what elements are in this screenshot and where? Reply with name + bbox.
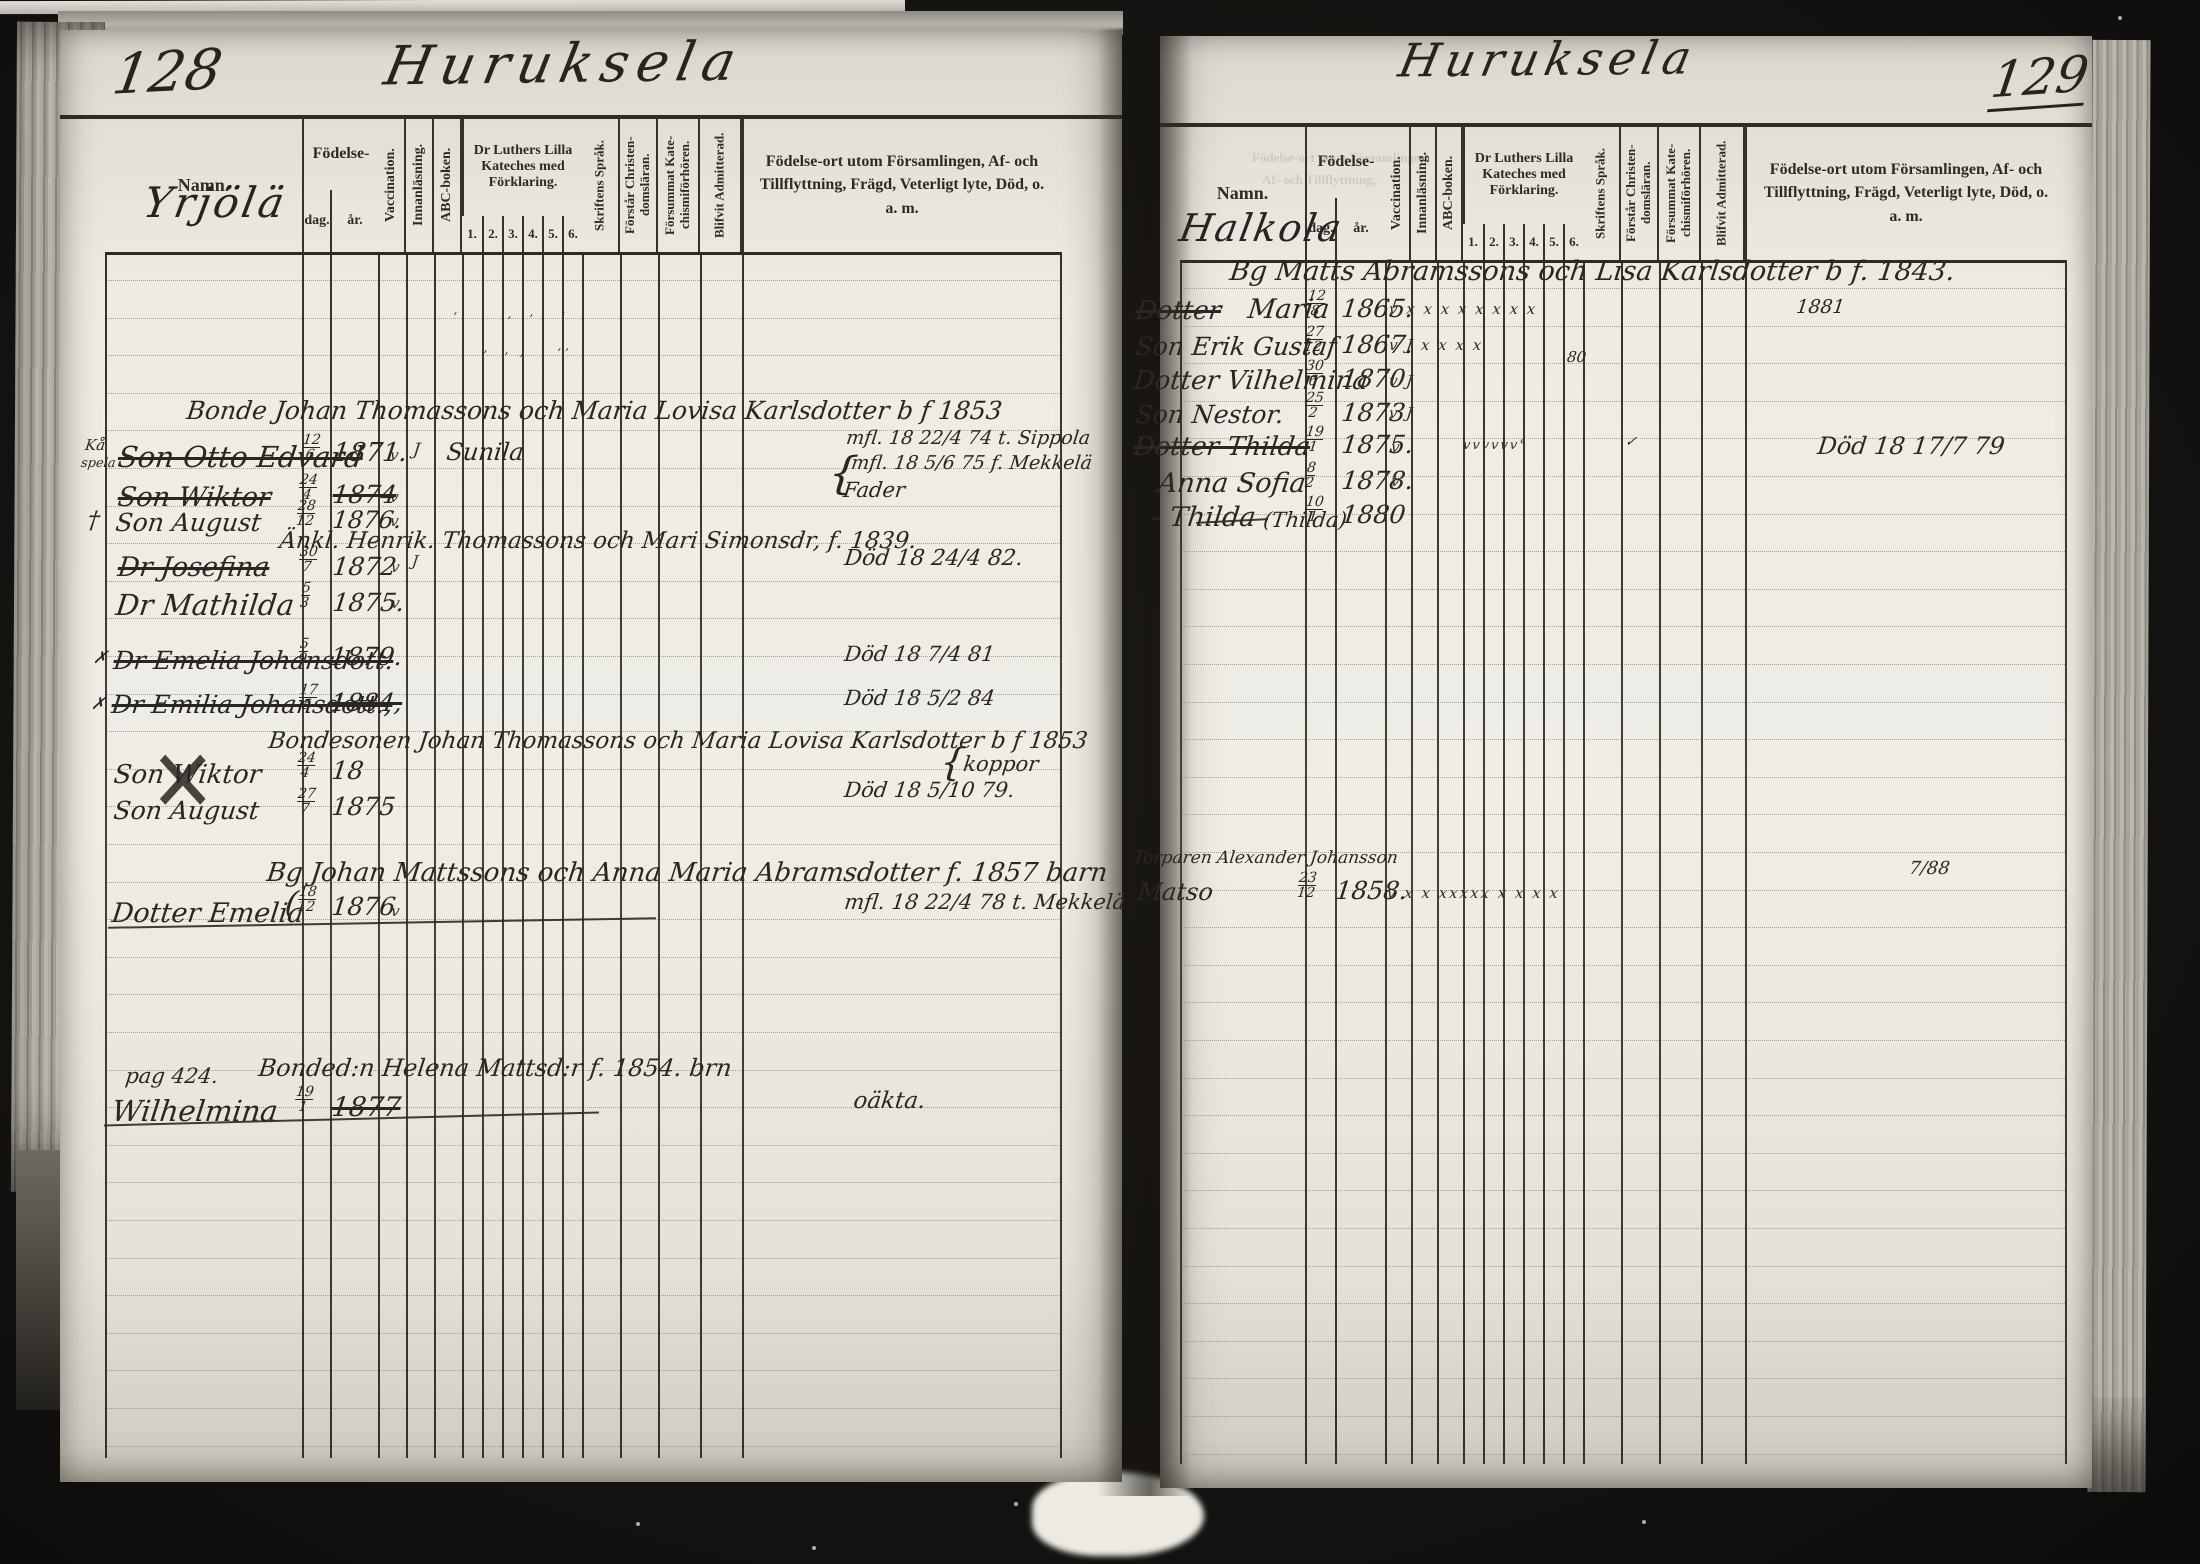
- handwritten-entry: Död 18 17/7 79: [1816, 432, 2006, 460]
- page-number-left: 128: [108, 37, 226, 108]
- header-skriftens-sprak: Skriftens Språk.: [582, 118, 620, 252]
- birth-date: 252: [1303, 392, 1324, 421]
- column-line: [522, 252, 524, 1458]
- header-luthers-kateches: Dr Luthers Lilla Kateches med Förklaring…: [462, 118, 582, 216]
- handwritten-entry: Son Otto Edvard: [116, 440, 365, 474]
- column-line: [2065, 260, 2067, 1464]
- column-line: [562, 252, 564, 1458]
- birth-date: 101: [1303, 496, 1324, 525]
- handwritten-entry: Dotter: [1134, 296, 1223, 326]
- birth-date: 2812: [295, 500, 316, 529]
- column-line: [406, 252, 408, 1458]
- column-line: [1563, 260, 1565, 1464]
- handwritten-entry: ✗: [92, 648, 109, 668]
- handwritten-entry: 1878.: [1340, 466, 1415, 495]
- column-line: [620, 252, 622, 1458]
- handwritten-entry: 1875.: [1340, 430, 1415, 459]
- handwritten-entry: 1880: [1340, 500, 1407, 529]
- header-kateches-col-6: 6.: [1563, 224, 1583, 260]
- ink-mark: ’ ’: [556, 346, 569, 360]
- header-kateches-col-1: 1.: [1463, 224, 1483, 260]
- header-kateches-col-2: 2.: [1483, 224, 1503, 260]
- ink-mark: v x x x x x x x x: [1388, 300, 1539, 318]
- handwritten-entry: - Thilda: [1150, 502, 1258, 533]
- birth-date: 126: [300, 434, 321, 463]
- handwritten-entry: 80: [1566, 348, 1587, 366]
- handwritten-entry: 1875: [330, 792, 397, 821]
- column-line: [1621, 260, 1623, 1464]
- header-innanlasning: Innanläsning.: [406, 118, 434, 252]
- handwritten-entry: Fader: [842, 478, 907, 502]
- header-kateches-col-4: 4.: [522, 216, 542, 252]
- page-title-right: Huruksela: [1394, 30, 1702, 87]
- ink-mark: v J: [1388, 372, 1415, 390]
- handwritten-entry: Kå: [84, 436, 106, 454]
- handwritten-entry: koppor: [962, 752, 1040, 776]
- header-skriftens-sprak: Skriftens Språk.: [1583, 126, 1621, 260]
- handwritten-entry: Matso: [1136, 878, 1215, 906]
- handwritten-entry: 1881: [1795, 296, 1846, 318]
- handwritten-entry: mfl. 18 22/4 74 t. Sippola: [845, 427, 1092, 449]
- header-abc-boken: ABC-boken.: [434, 118, 462, 252]
- handwritten-entry: Bg Matts Abramssons och Lisa Karlsdotter…: [1228, 256, 1957, 287]
- header-kateches-col-4: 4.: [1523, 224, 1543, 260]
- handwritten-entry: Son Nestor.: [1134, 400, 1286, 429]
- handwritten-entry: Sunila: [445, 438, 525, 466]
- column-line: [330, 252, 332, 1458]
- header-notes: Födelse-ort utom Församlingen, Af- och T…: [1745, 126, 2065, 260]
- handwritten-entry: Anna Sofia: [1156, 468, 1308, 499]
- column-line: [482, 252, 484, 1458]
- handwritten-entry: Död 18 7/4 81: [843, 642, 996, 666]
- column-line: [542, 252, 544, 1458]
- column-line: [462, 252, 464, 1458]
- header-kateches-col-3: 3.: [502, 216, 522, 252]
- header-kateches-col-6: 6.: [562, 216, 582, 252]
- handwritten-entry: Bonde Johan Thomassons och Maria Lovisa …: [185, 396, 1004, 425]
- header-forstar-christendomslaran: Förstår Christen­domsläran.: [1621, 126, 1659, 260]
- birth-date: 191: [1303, 426, 1324, 455]
- header-kateches-col-5: 5.: [542, 216, 562, 252]
- handwritten-entry: 1884,: [329, 688, 404, 717]
- header-blifvit-admitterad: Blifvit Admit­terad.: [1701, 126, 1745, 260]
- column-line: [434, 252, 436, 1458]
- header-bottom-rule: [105, 252, 1060, 255]
- handwritten-entry: Dr Mathilda: [114, 588, 296, 622]
- handwritten-entry: mfl. 18 5/6 75 f. Mekkelä: [850, 452, 1093, 474]
- header-fodelse-dag: dag.: [302, 190, 330, 252]
- handwritten-entry: mfl. 18 22/4 78 t. Mekkelä: [843, 890, 1127, 914]
- column-line: [105, 252, 107, 1458]
- header-forsummat-katechismiforhoren: Försummat Kate­chismiförhören.: [1659, 126, 1701, 260]
- ghost-text: Födelse-ort utom Församlingen,: [1252, 150, 1430, 166]
- column-line: [1659, 260, 1661, 1464]
- handwritten-entry: 1876: [330, 892, 397, 921]
- column-line: [1543, 260, 1545, 1464]
- handwritten-entry: Son August: [114, 508, 263, 537]
- handwritten-entry: Död 18 5/10 79.: [843, 778, 1016, 802]
- header-notes: Födelse-ort utom Församlingen, Af- och T…: [742, 118, 1060, 252]
- handwritten-entry: spela: [80, 456, 116, 471]
- page-title-left: Huruksela: [379, 30, 749, 98]
- birth-date: 2712: [1303, 326, 1324, 355]
- column-line: [742, 252, 744, 1458]
- birth-date: 307: [297, 546, 318, 575]
- scanned-parish-register-photo: 128 Huruksela Yrjölä 129 Huruksela Halko…: [0, 0, 2200, 1564]
- header-kateches-col-2: 2.: [482, 216, 502, 252]
- birth-date: 306: [1303, 360, 1324, 389]
- column-line: [1437, 260, 1439, 1464]
- header-kateches-col-1: 1.: [462, 216, 482, 252]
- handwritten-entry: Torparen Alexander Johansson: [1132, 848, 1399, 868]
- header-luthers-kateches: Dr Luthers Lilla Kateches med Förklaring…: [1463, 126, 1583, 224]
- handwritten-entry: Bg Johan Mattssons och Anna Maria Abrams…: [265, 858, 1109, 888]
- birth-date: 277: [295, 788, 316, 817]
- header-kateches-col-5: 5.: [1543, 224, 1563, 260]
- header-fodelse: Födelse-: [302, 118, 378, 190]
- handwritten-entry: Dotter Thilda: [1132, 432, 1312, 462]
- handwritten-entry: Död 18 24/4 82.: [843, 546, 1024, 571]
- column-line: [378, 252, 380, 1458]
- header-abc-boken: ABC-boken.: [1437, 126, 1463, 260]
- birth-date: 128: [1305, 290, 1326, 319]
- handwritten-entry: ✗: [90, 694, 107, 714]
- village-label-right: Halkola: [1176, 206, 1346, 250]
- handwritten-entry: pag 424.: [124, 1064, 220, 1088]
- handwritten-entry: Son August: [112, 796, 261, 825]
- header-kateches-col-3: 3.: [1503, 224, 1523, 260]
- ghost-text: Af- och Tillflyttning,: [1262, 172, 1376, 188]
- ink-mark: v J x x x x: [1388, 336, 1484, 354]
- header-forsummat-katechismiforhoren: Försummat Kate­chismiförhören.: [658, 118, 700, 252]
- header-innanlasning: Innanläsning.: [1411, 126, 1437, 260]
- column-line: [582, 252, 584, 1458]
- header-forstar-christendomslaran: Förstår Christen­domsläran.: [620, 118, 658, 252]
- handwritten-entry: Änkl. Henrik. Thomassons och Mari Simons…: [278, 528, 918, 554]
- handwritten-entry: oäkta.: [852, 1088, 927, 1114]
- handwritten-entry: Bonded:n Helena Mattsd:r f. 1854. brn: [257, 1054, 733, 1082]
- column-line: [1701, 260, 1703, 1464]
- ink-mark: v J: [1388, 404, 1415, 422]
- column-line: [700, 252, 702, 1458]
- page-number-right: 129: [1987, 45, 2092, 113]
- handwritten-entry: 1872: [331, 552, 398, 581]
- handwritten-entry: Död 18 5/2 84: [843, 686, 996, 710]
- handwritten-entry: 1879.: [329, 642, 404, 671]
- handwritten-entry: Dotter Vilhelmina: [1132, 366, 1370, 396]
- column-line: [1583, 260, 1585, 1464]
- header-vaccination: Vaccination.: [378, 118, 406, 252]
- column-line: [658, 252, 660, 1458]
- birth-date: 191: [293, 1086, 314, 1115]
- column-line: [502, 252, 504, 1458]
- handwritten-entry: 7/88: [1908, 858, 1951, 879]
- ink-mark: vvvvvv°: [1462, 438, 1528, 453]
- header-fodelse-ar: år.: [330, 190, 378, 252]
- column-line: [1745, 260, 1747, 1464]
- birth-date: 1812: [296, 886, 317, 915]
- header-vaccination: Vaccination.: [1385, 126, 1411, 260]
- header-blifvit-admitterad: Blifvit Admit­terad.: [700, 118, 742, 252]
- ink-mark: v x x xxxxx x x x x: [1386, 884, 1561, 902]
- handwritten-entry: Dr Josefina: [116, 552, 271, 583]
- birth-date: 244: [295, 752, 316, 781]
- village-label-left: Yrjölä: [140, 178, 291, 227]
- handwritten-entry: 18: [330, 756, 365, 785]
- ink-mark: ✓: [1624, 434, 1638, 450]
- birth-date: 2312: [1296, 872, 1317, 901]
- birth-date: 175: [297, 684, 318, 713]
